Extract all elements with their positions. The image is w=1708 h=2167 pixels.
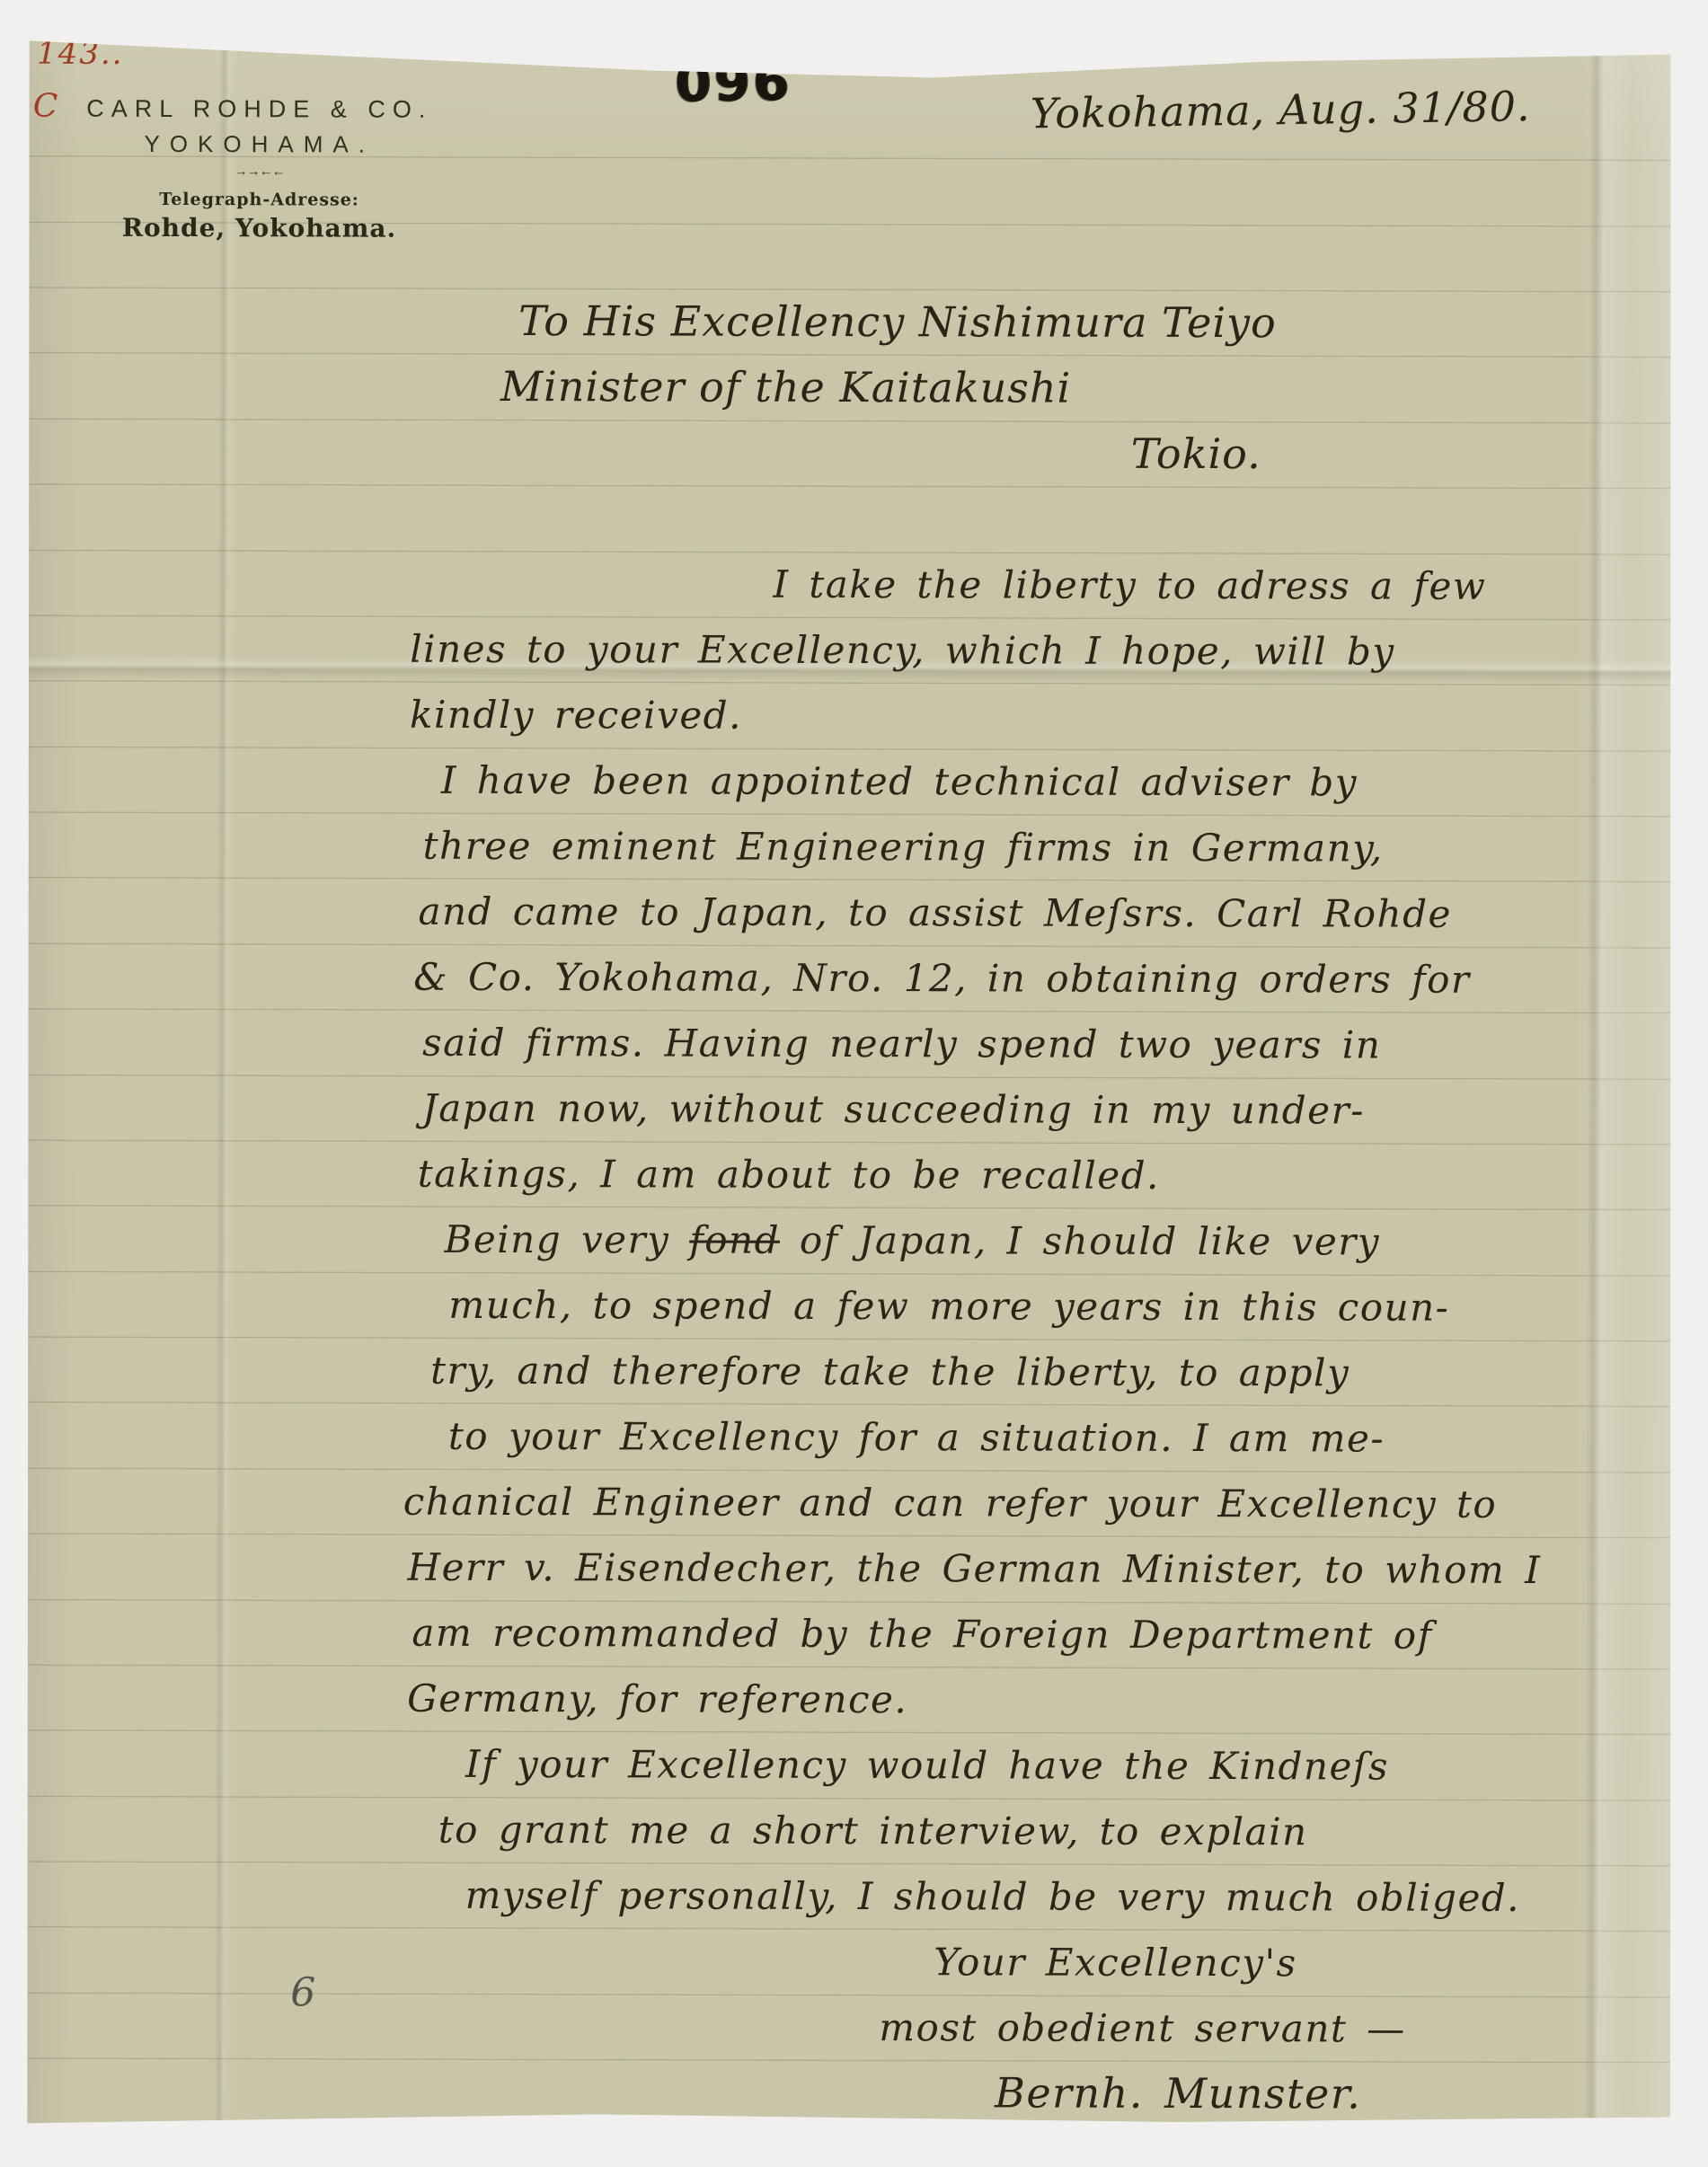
body-line: to grant me a short interview, to explai… xyxy=(438,1797,1671,1866)
closing-line: most obedient servant — xyxy=(879,1995,1670,2062)
company-city: YOKOHAMA. xyxy=(78,130,441,159)
dateline: Yokohama, Aug. 31/80. xyxy=(1030,82,1530,137)
body-line: myself personally, I should be very much… xyxy=(465,1862,1671,1932)
body-line: to your Excellency for a situation. I am… xyxy=(448,1403,1672,1473)
telegraph-address-value: Rohde, Yokohama. xyxy=(77,213,440,243)
letterhead: CARL ROHDE & CO. YOKOHAMA. →→←← Telegrap… xyxy=(77,95,440,243)
body-line: chanical Engineer and can refer your Exc… xyxy=(403,1469,1672,1538)
scanned-letter-page: { "annotations": { "archive_number": "14… xyxy=(0,0,1708,2167)
closing-block: Your Excellency'smost obedient servant —… xyxy=(21,1927,1671,2128)
body-line: said firms. Having nearly spend two year… xyxy=(422,1010,1673,1079)
body-line: If your Excellency would have the Kindne… xyxy=(465,1731,1671,1800)
recipient-block: To His Excellency Nishimura Teiyo Minist… xyxy=(492,288,1277,487)
body-line: Being very fond of Japan, I should like … xyxy=(444,1207,1672,1276)
telegraph-address-label: Telegraph-Adresse: xyxy=(78,190,441,210)
body-line: Germany, for reference. xyxy=(407,1666,1671,1735)
body-line: three eminent Engineering firms in Germa… xyxy=(423,813,1674,882)
archive-number-annotation: 143.. xyxy=(37,36,124,72)
recipient-line: To His Excellency Nishimura Teiyo xyxy=(518,288,1277,356)
body-line: and came to Japan, to assist Meſsrs. Car… xyxy=(418,879,1673,948)
body-line: try, and therefore take the liberty, to … xyxy=(430,1338,1672,1407)
pencil-page-number: 6 xyxy=(290,1969,315,2015)
body-line: Japan now, without succeeding in my unde… xyxy=(422,1075,1673,1145)
body-line: am recommanded by the Foreign Department… xyxy=(412,1600,1671,1669)
letterhead-divider-ornament: →→←← xyxy=(78,164,441,180)
struck-word: fond xyxy=(689,1218,780,1262)
body-line: Herr v. Eisendecher, the German Minister… xyxy=(407,1535,1671,1604)
company-name: CARL ROHDE & CO. xyxy=(78,95,441,124)
recipient-line: Minister of the Kaitakushi xyxy=(500,354,1277,421)
body-line: kindly received. xyxy=(410,682,1674,751)
body-line: I have been appointed technical adviser … xyxy=(441,747,1674,817)
body-line: & Co. Yokohama, Nro. 12, in obtaining or… xyxy=(413,944,1673,1013)
body-line: takings, I am about to be recalled. xyxy=(418,1141,1673,1210)
letter-paper: 143.. C CARL ROHDE & CO. YOKOHAMA. →→←← … xyxy=(21,36,1676,2130)
stamp-number: 096 xyxy=(674,51,792,114)
archive-letter-annotation: C xyxy=(33,88,58,125)
letter-body: I take the liberty to adress a fewlines … xyxy=(22,550,1675,1932)
body-line: much, to spend a few more years in this … xyxy=(448,1272,1672,1341)
body-line: lines to your Excellency, which I hope, … xyxy=(410,616,1674,685)
signature: Bernh. Munster. xyxy=(995,2060,1670,2127)
body-line: I take the liberty to adress a few xyxy=(773,552,1674,620)
recipient-city: Tokio. xyxy=(1131,421,1277,487)
closing-line: Your Excellency's xyxy=(934,1929,1670,1996)
